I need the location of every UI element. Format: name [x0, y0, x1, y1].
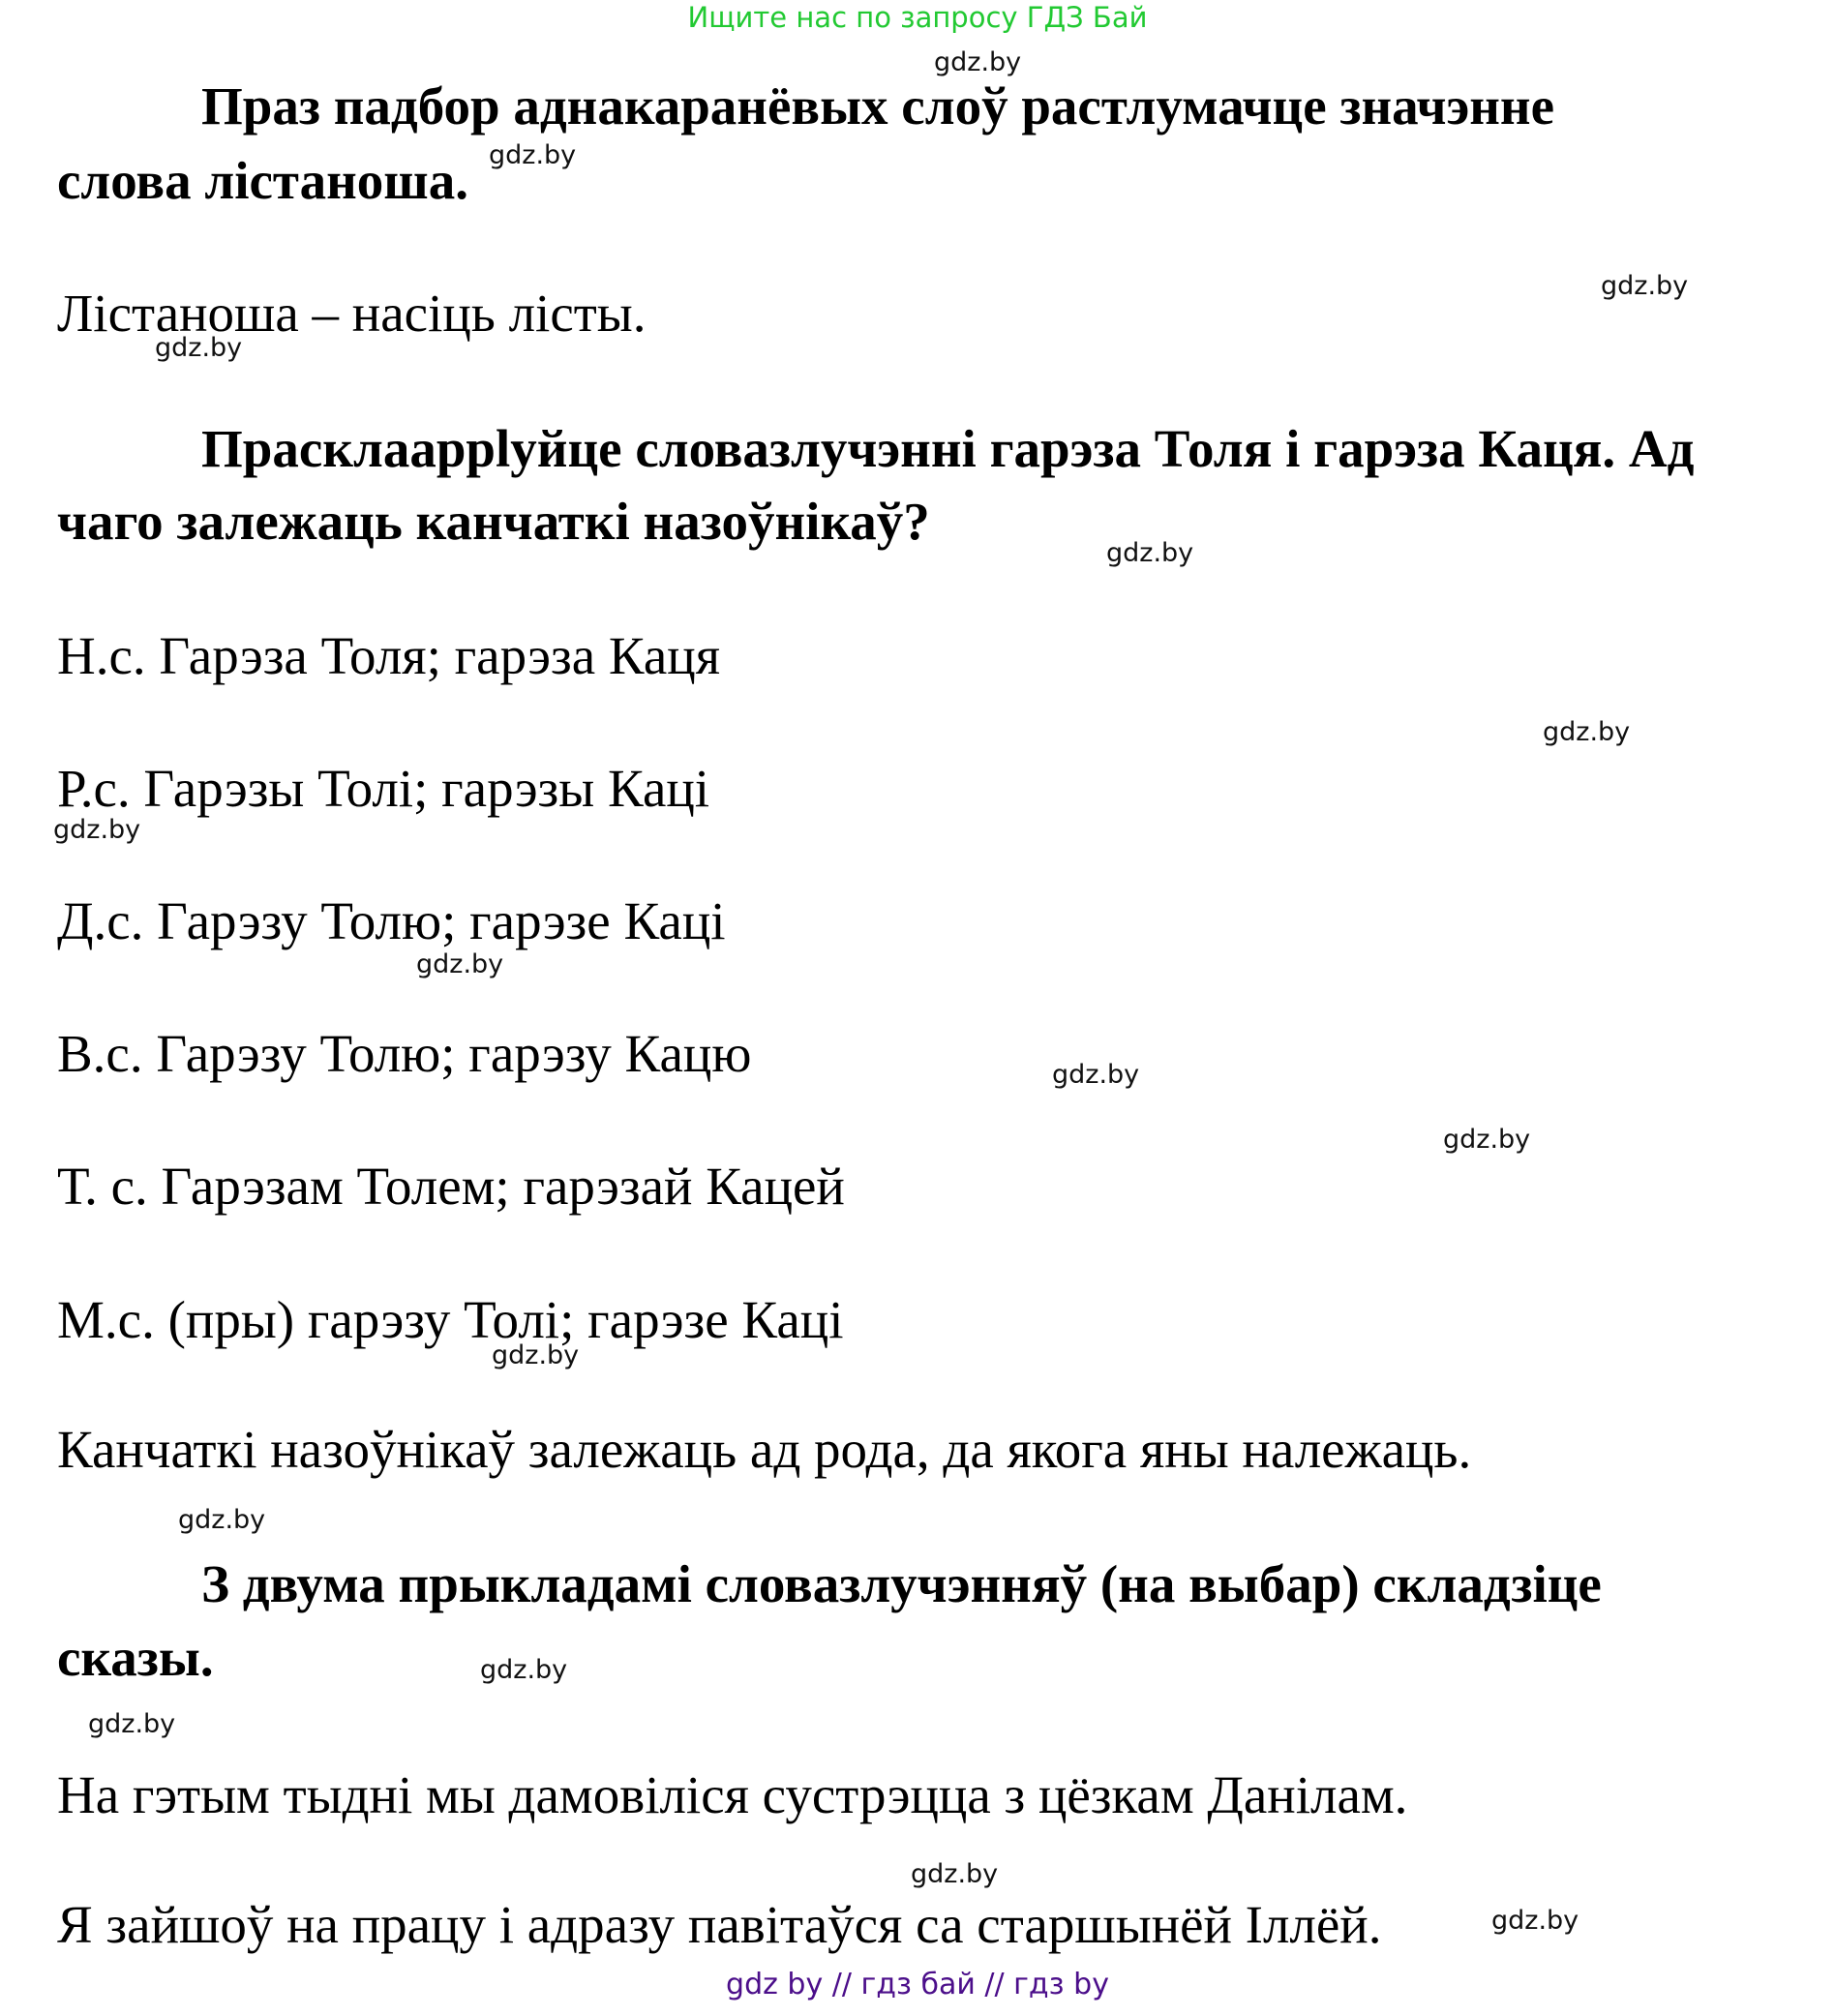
watermark: gdz.by [489, 141, 576, 170]
watermark: gdz.by [1443, 1126, 1530, 1155]
watermark: gdz.by [178, 1506, 265, 1535]
task-2-conclusion: Канчаткі назоўнікаў залежаць ад рода, да… [57, 1421, 1471, 1479]
declension-genitive: Р.с. Гарэзы Толі; гарэзы Каці [57, 760, 709, 818]
declension-accusative: В.с. Гарэзу Толю; гарэзу Кацю [57, 1025, 751, 1083]
watermark: gdz.by [934, 48, 1021, 77]
watermark: gdz.by [1052, 1061, 1139, 1090]
watermark: gdz.by [53, 816, 140, 845]
task-1-heading-line-2: слова лістаноша. [57, 152, 468, 210]
watermark: gdz.by [911, 1860, 998, 1889]
watermark: gdz.by [1543, 718, 1630, 747]
watermark: gdz.by [1106, 539, 1193, 568]
task-1-answer: Лістаноша – насіць лісты. [57, 285, 647, 343]
watermark: gdz.by [1601, 272, 1688, 301]
declension-nominative: Н.с. Гарэза Толя; гарэза Каця [57, 627, 720, 685]
task-3-heading-line-2: сказы. [57, 1629, 214, 1687]
watermark: gdz.by [155, 334, 242, 363]
watermark: gdz.by [480, 1656, 567, 1685]
task-3-heading-line-1: З двума прыкладамі словазлучэнняў (на вы… [201, 1555, 1602, 1613]
task-2-heading-line-1: Прасклаapplyйце словазлучэнні гарэза Тол… [201, 420, 1694, 478]
search-banner: Ищите нас по запросу ГДЗ Бай [0, 0, 1835, 35]
watermark: gdz.by [492, 1341, 579, 1370]
declension-dative: Д.с. Гарэзу Толю; гарэзе Каці [57, 892, 726, 950]
watermark: gdz.by [88, 1710, 175, 1739]
footer-links: gdz by // гдз бай // гдз by [0, 1966, 1835, 2004]
declension-instrumental: Т. с. Гарэзам Толем; гарэзай Кацей [57, 1158, 845, 1216]
task-3-sentence-1: На гэтым тыдні мы дамовіліся сустрэцца з… [57, 1766, 1407, 1824]
declension-locative: М.с. (пры) гарэзу Толі; гарэзе Каці [57, 1291, 844, 1349]
task-1-heading-line-1: Праз падбор аднакаранёвых слоў растлумач… [201, 77, 1554, 135]
task-2-heading-line-2: чаго залежаць канчаткі назоўнікаў? [57, 493, 930, 551]
watermark: gdz.by [416, 950, 503, 979]
watermark: gdz.by [1491, 1907, 1579, 1936]
task-3-sentence-2: Я зайшоў на працу і адразу павітаўся са … [57, 1896, 1381, 1954]
